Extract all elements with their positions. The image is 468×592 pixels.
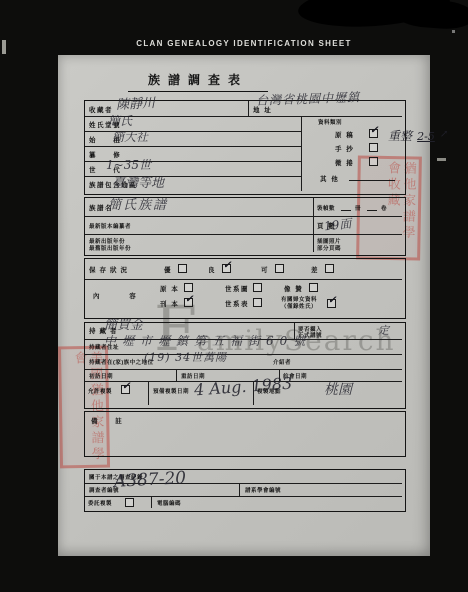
film-edge-mark xyxy=(2,40,6,54)
remarks-label: 備 註 xyxy=(91,416,130,425)
arrow-mark-icon: ↗ xyxy=(440,129,448,140)
binding-count-label: 裝幀數 xyxy=(317,204,335,212)
content-lineage-table-label: 世系表 xyxy=(225,299,249,308)
form-title: 族譜調查表 xyxy=(128,71,268,92)
handwriting-copy-place: 桃園 xyxy=(324,379,352,399)
handwriting-collection-number: A387-20 xyxy=(114,468,187,492)
condition-label: 保存狀況 xyxy=(89,265,131,274)
handwriting-intake-answer: 定 xyxy=(378,322,389,338)
condition-fair-label: 可 xyxy=(261,265,269,274)
section-condition-contents: 保存狀況 優 良 ✓ 可 差 內 容 原 本 刊 本 ✓ 世系圖 世系表 像 贊… xyxy=(84,258,406,319)
copy-date-label: 預備複製日期 xyxy=(153,387,189,395)
handwriting-generations: 1~35世 xyxy=(106,156,151,173)
film-header-title: CLAN GENEALOGY IDENTIFICATION SHEET xyxy=(58,39,430,48)
film-defect-blob xyxy=(395,0,468,31)
handwriting-address: 台灣省桃園中壢鎮 xyxy=(256,88,361,109)
material-type-label: 資料類別 xyxy=(318,118,342,126)
checkbox-microfilm xyxy=(369,157,378,166)
checkbox-excellent xyxy=(178,264,187,273)
handwriting-collector-name: 陳靜川 xyxy=(116,92,156,113)
handwriting-surname: 簡氏 xyxy=(108,112,132,129)
checkbox-original-copy xyxy=(184,283,193,292)
society-number-label: 譜系學會編號 xyxy=(245,486,281,494)
contents-label: 內 容 xyxy=(93,291,150,300)
material-option-original-label: 原 稿 xyxy=(335,130,354,139)
check-mark-icon: ✓ xyxy=(223,260,231,271)
check-mark-icon: ✓ xyxy=(370,125,378,136)
condition-good-label: 良 xyxy=(208,265,216,274)
condition-excellent-label: 優 xyxy=(164,265,172,274)
handwritten-note-number: 2-5 xyxy=(417,130,435,143)
checkbox-permission: ✓ xyxy=(121,385,130,394)
content-originalcopy-label: 原 本 xyxy=(160,284,179,293)
content-printed-label: 刊 本 xyxy=(160,299,179,308)
content-lineage-chart-label: 世系圖 xyxy=(225,284,249,293)
checkbox-original-manuscript: ✓ xyxy=(369,129,378,138)
handwriting-genealogy-name: 簡氏族譜 xyxy=(108,194,168,213)
permission-label: 允許複製 xyxy=(88,387,112,395)
handwriting-regions: 臺灣等地 xyxy=(112,172,164,191)
handwriting-page-count: 19面 xyxy=(323,215,352,235)
section-remarks: 備 註 xyxy=(84,411,406,457)
photo-pages-label-2: 部分頁碼 xyxy=(317,244,341,252)
checkbox-copy-request xyxy=(125,498,134,507)
content-portraits-label: 像 贊 xyxy=(284,284,303,293)
checkbox-portraits xyxy=(309,283,318,292)
oldest-year-label: 最舊版出版年份 xyxy=(89,244,131,252)
content-women-label-2: （僅錄姓氏） xyxy=(281,302,317,310)
check-mark-icon: ✓ xyxy=(328,295,336,306)
material-option-other-label: 其 他 xyxy=(320,174,339,183)
material-option-microfilm-label: 微 捲 xyxy=(335,158,354,167)
checkbox-women-data: ✓ xyxy=(327,299,336,308)
computer-code-label: 電腦編碼 xyxy=(157,499,181,507)
handwriting-holder-address: 中壢市壢鎮第五福街60號 xyxy=(104,332,311,349)
microfilm-frame: CLAN GENEALOGY IDENTIFICATION SHEET 族譜調查… xyxy=(0,0,468,592)
checkbox-good: ✓ xyxy=(222,264,231,273)
binding-unit-fascicle: 卷 xyxy=(381,204,387,212)
condition-poor-label: 差 xyxy=(311,265,319,274)
checkbox-lineage-table xyxy=(253,298,262,307)
film-edge-mark xyxy=(437,158,446,161)
handwriting-holder-name: 簡買金 xyxy=(104,314,143,333)
binding-blank xyxy=(367,204,377,211)
handwriting-holder-position: (19) 34世萬陽 xyxy=(144,349,227,365)
film-speck xyxy=(452,30,455,33)
checkbox-lineage-chart xyxy=(253,283,262,292)
checkbox-handcopy xyxy=(369,143,378,152)
copy-request-label: 委託複製 xyxy=(88,499,112,507)
check-mark-icon: ✓ xyxy=(122,381,130,392)
checkbox-printed-copy: ✓ xyxy=(184,298,193,307)
introducer-label: 介紹者 xyxy=(273,358,291,366)
checkbox-fair xyxy=(275,264,284,273)
revisit-label: 重訪日期 xyxy=(181,372,205,380)
binding-blank xyxy=(341,204,351,211)
check-mark-icon: ✓ xyxy=(185,294,193,305)
other-blank-line xyxy=(349,174,395,181)
latest-editor-label: 最新版本編纂者 xyxy=(89,222,131,230)
binding-unit-volume: 冊 xyxy=(355,204,361,212)
first-visit-label: 初訪日期 xyxy=(89,372,113,380)
material-option-handcopy-label: 手 抄 xyxy=(335,144,354,153)
handwriting-first-ancestor: 簡大社 xyxy=(112,128,148,145)
checkbox-poor xyxy=(325,264,334,273)
